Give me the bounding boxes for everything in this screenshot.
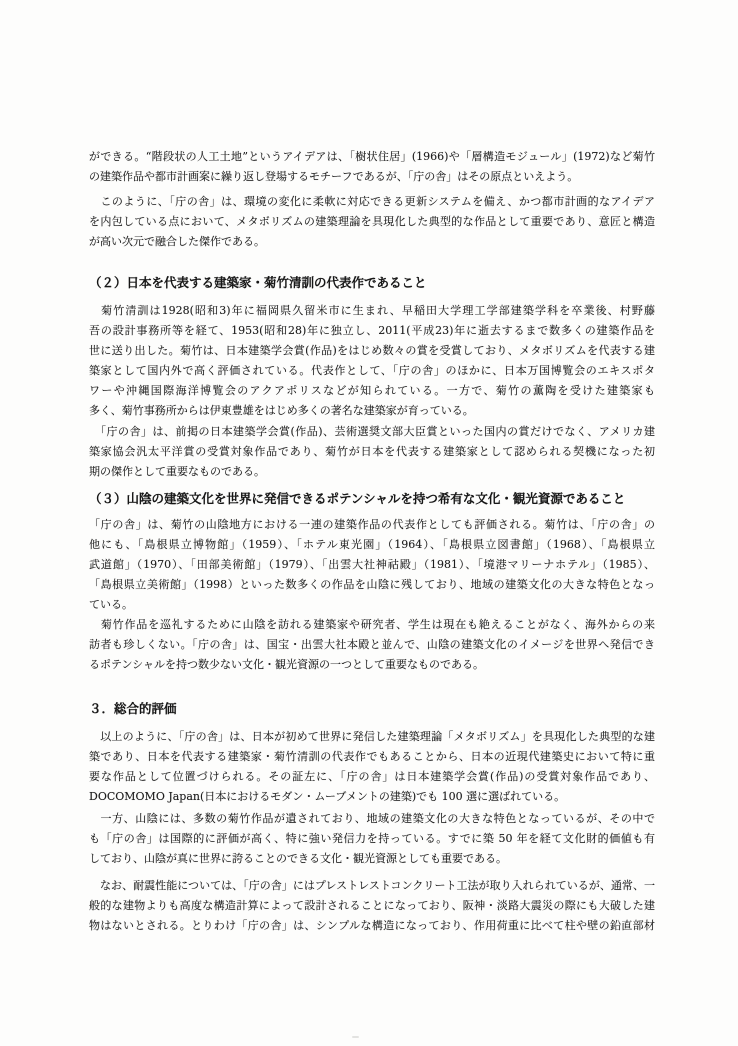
section-2-para-2: 「庁の舎」は、前掲の日本建築学会賞(作品)、芸術選奨文部大臣賞といった国内の賞だ… xyxy=(89,422,655,482)
heading-section-2: （２）日本を代表する建築家・菊竹清訓の代表作であること xyxy=(89,274,655,292)
overall-para-1: 以上のように、「庁の舎」は、日本が初めて世界に発信した建築理論「メタボリズム」を… xyxy=(89,727,655,807)
text-line: 多く、菊竹事務所からは伊東豊雄をはじめ多くの著名な建築家が育っている。 xyxy=(89,401,655,421)
text-line: 築家協会汎太平洋賞の受賞対象作品であり、菊竹が日本を代表する建築家として認められ… xyxy=(89,442,655,462)
text-line: このように、「庁の舎」は、環境の変化に柔軟に対応できる更新システムを備え、かつ都… xyxy=(89,192,655,212)
intro-conclusion: このように、「庁の舎」は、環境の変化に柔軟に対応できる更新システムを備え、かつ都… xyxy=(89,192,655,252)
section-3-para-1: 「庁の舎」は、菊竹の山陰地方における一連の建築作品の代表作としても評価される。菊… xyxy=(89,515,655,615)
text-line: 般的な建物よりも高度な構造計算によって設計されることになっており、阪神・淡路大震… xyxy=(89,896,655,916)
text-line: 世に送り出した。菊竹は、日本建築学会賞(作品)をはじめ数々の賞を受賞しており、メ… xyxy=(89,341,655,361)
text-line: 菊竹作品を巡礼するために山陰を訪れる建築家や研究者、学生は現在も絶えることがなく… xyxy=(89,615,655,635)
section-2-para-1: 菊竹清訓は1928(昭和3)年に福岡県久留米市に生まれ、早稲田大学理工学部建築学… xyxy=(89,301,655,421)
text-line: 一方、山陰には、多数の菊竹作品が遺されており、地域の建築文化の大きな特色となって… xyxy=(89,809,655,829)
text-line: 菊竹清訓は1928(昭和3)年に福岡県久留米市に生まれ、早稲田大学理工学部建築学… xyxy=(89,301,655,321)
text-line: ワーや沖縄国際海洋博覧会のアクアポリスなどが知られている。一方で、菊竹の薫陶を受… xyxy=(89,381,655,401)
document-page: ができる。“階段状の人工土地”というアイデアは、「樹状住居」(1966)や「層構… xyxy=(0,0,738,1046)
text-line: 以上のように、「庁の舎」は、日本が初めて世界に発信した建築理論「メタボリズム」を… xyxy=(89,727,655,747)
text-line: も「庁の舎」は国際的に評価が高く、特に強い発信力を持っている。すでに築 50 年… xyxy=(89,829,655,849)
text-line: が高い次元で融合した傑作である。 xyxy=(89,232,655,252)
text-line: 「島根県立美術館」（1998）といった数多くの作品を山陰に残しており、地域の建築… xyxy=(89,575,655,595)
intro-continued: ができる。“階段状の人工土地”というアイデアは、「樹状住居」(1966)や「層構… xyxy=(89,147,655,187)
text-line: 築であり、日本を代表する建築家・菊竹清訓の代表作でもあることから、日本の近現代建… xyxy=(89,747,655,767)
text-line: 「庁の舎」は、菊竹の山陰地方における一連の建築作品の代表作としても評価される。菊… xyxy=(89,515,655,535)
overall-para-2: 一方、山陰には、多数の菊竹作品が遺されており、地域の建築文化の大きな特色となって… xyxy=(89,809,655,869)
document-text-column: ができる。“階段状の人工土地”というアイデアは、「樹状住居」(1966)や「層構… xyxy=(89,147,655,936)
text-line: 期の傑作として重要なものである。 xyxy=(89,462,655,482)
text-line: DOCOMOMO Japan(日本におけるモダン・ムーブメントの建築)でも 10… xyxy=(89,787,655,807)
text-line: 武道館」（1970）、「田部美術館」（1979）、「出雲大社神祜殿」（1981）… xyxy=(89,555,655,575)
text-line: の建築作品や都市計画案に繰り返し登場するモチーフであるが、「庁の舎」はその原点と… xyxy=(89,167,655,187)
text-line: 物はないとされる。とりわけ「庁の舎」は、シンプルな構造になっており、作用荷重に比… xyxy=(89,916,655,936)
overall-para-3: なお、耐震性能については、「庁の舎」にはプレストレストコンクリート工法が取り入れ… xyxy=(89,876,655,936)
heading-overall: ３．総合的評価 xyxy=(89,700,655,718)
text-line: 「庁の舎」は、前掲の日本建築学会賞(作品)、芸術選奨文部大臣賞といった国内の賞だ… xyxy=(89,422,655,442)
text-line: 要な作品として位置づけられる。その証左に、「庁の舎」は日本建築学会賞(作品)の受… xyxy=(89,767,655,787)
scan-artifact xyxy=(352,1036,359,1038)
text-line: ができる。“階段状の人工土地”というアイデアは、「樹状住居」(1966)や「層構… xyxy=(89,147,655,167)
text-line: るポテンシャルを持つ数少ない文化・観光資源の一つとして重要なものである。 xyxy=(89,655,655,675)
text-line: ている。 xyxy=(89,595,655,615)
text-line: しており、山陰が真に世界に誇ることのできる文化・観光資源としても重要である。 xyxy=(89,849,655,869)
text-line: 他にも、「島根県立博物館」（1959）、「ホテル東光園」（1964）、「島根県立… xyxy=(89,535,655,555)
text-line: なお、耐震性能については、「庁の舎」にはプレストレストコンクリート工法が取り入れ… xyxy=(89,876,655,896)
text-line: を内包している点において、メタボリズムの建築理論を具現化した典型的な作品として重… xyxy=(89,212,655,232)
text-line: 吾の設計事務所等を経て、1953(昭和28)年に独立し、2011(平成23)年に… xyxy=(89,321,655,341)
text-line: 訪者も珍しくない。「庁の舎」は、国宝・出雲大社本殿と並んで、山陰の建築文化のイメ… xyxy=(89,635,655,655)
section-3-para-2: 菊竹作品を巡礼するために山陰を訪れる建築家や研究者、学生は現在も絶えることがなく… xyxy=(89,615,655,675)
text-line: 築家として国内外で高く評価されている。代表作として、「庁の舎」のほかに、日本万国… xyxy=(89,361,655,381)
heading-section-3: （３）山陰の建築文化を世界に発信できるポテンシャルを持つ希有な文化・観光資源であ… xyxy=(89,490,655,508)
